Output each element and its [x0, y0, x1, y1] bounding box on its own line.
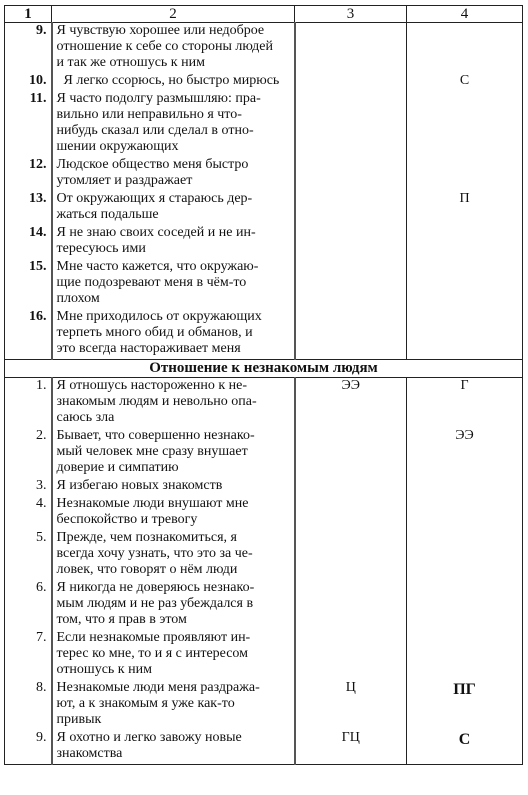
item-number: 16.	[5, 309, 52, 360]
section-title: Отношение к незнакомым людям	[5, 360, 523, 378]
table-row: 12.Людское общество меня быстроутомляет …	[5, 157, 523, 191]
statement-line: Прежде, чем познакомиться, я	[57, 530, 294, 546]
item-number: 5.	[5, 530, 52, 580]
statement-line: Незнакомые люди внушают мне	[57, 496, 294, 512]
statement-line: Я охотно и легко завожу новые	[57, 730, 294, 746]
statement-line: ловек, что говорят о нём люди	[57, 562, 294, 578]
col4-value: С	[407, 73, 523, 91]
table-row: 5.Прежде, чем познакомиться, явсегда хоч…	[5, 530, 523, 580]
part1-rows: 9.Я чувствую хорошее или недоброеотношен…	[5, 23, 523, 360]
col3-value	[295, 428, 407, 478]
col3-value	[295, 630, 407, 680]
section-block: Отношение к незнакомым людям	[5, 360, 523, 378]
col3-value	[295, 73, 407, 91]
statement-line: Я отношусь настороженно к не-	[57, 378, 294, 394]
statement-line: Мне часто кажется, что окружаю-	[57, 259, 294, 275]
col3-value: ГЦ	[295, 730, 407, 765]
statement-line: От окружающих я стараюсь дер-	[57, 191, 294, 207]
statement-line: Я легко ссорюсь, но быстро мирюсь	[57, 73, 294, 89]
header-col-4: 4	[407, 6, 523, 23]
header-col-3: 3	[295, 6, 407, 23]
item-statement: Я избегаю новых знакомств	[52, 478, 295, 496]
statement-line: и так же отношусь к ним	[57, 55, 294, 71]
item-statement: Я отношусь настороженно к не-знакомым лю…	[52, 378, 295, 429]
col3-value: Ц	[295, 680, 407, 730]
col4-value	[407, 91, 523, 157]
col3-value	[295, 309, 407, 360]
table-row: 6.Я никогда не доверяюсь незнако-мым люд…	[5, 580, 523, 630]
statement-line: это всегда настораживает меня	[57, 341, 294, 357]
item-number: 14.	[5, 225, 52, 259]
col4-value	[407, 225, 523, 259]
table-row: 11.Я часто подолгу размышляю: пра-вильно…	[5, 91, 523, 157]
statement-line: отношусь к ним	[57, 662, 294, 678]
statement-line: Я избегаю новых знакомств	[57, 478, 294, 494]
table-row: 9.Я охотно и легко завожу новыезнакомств…	[5, 730, 523, 765]
item-number: 11.	[5, 91, 52, 157]
item-number: 7.	[5, 630, 52, 680]
statement-line: мый человек мне сразу внушает	[57, 444, 294, 460]
part2-rows: 1.Я отношусь настороженно к не-знакомым …	[5, 378, 523, 765]
table-row: 15.Мне часто кажется, что окружаю-щие по…	[5, 259, 523, 309]
item-statement: Людское общество меня быстроутомляет и р…	[52, 157, 295, 191]
table-row: 4.Незнакомые люди внушают мнебеспокойств…	[5, 496, 523, 530]
statement-line: Людское общество меня быстро	[57, 157, 294, 173]
statement-line: доверие и симпатию	[57, 460, 294, 476]
item-statement: Я легко ссорюсь, но быстро мирюсь	[52, 73, 295, 91]
statement-line: терес ко мне, то и я с интересом	[57, 646, 294, 662]
col3-value	[295, 496, 407, 530]
section-header-row: Отношение к незнакомым людям	[5, 360, 523, 378]
statement-line: терпеть много обид и обманов, и	[57, 325, 294, 341]
questionnaire-table: 1 2 3 4 9.Я чувствую хорошее или недобро…	[4, 5, 523, 765]
item-number: 12.	[5, 157, 52, 191]
item-statement: Незнакомые люди внушают мнебеспокойство …	[52, 496, 295, 530]
col4-value	[407, 530, 523, 580]
statement-line: отношение к себе со стороны людей	[57, 39, 294, 55]
col4-value	[407, 309, 523, 360]
col4-value: П	[407, 191, 523, 225]
item-number: 9.	[5, 730, 52, 765]
col4-value	[407, 630, 523, 680]
table-row: 16.Мне приходилось от окружающихтерпеть …	[5, 309, 523, 360]
col4-value	[407, 259, 523, 309]
item-number: 15.	[5, 259, 52, 309]
statement-line: Мне приходилось от окружающих	[57, 309, 294, 325]
col3-value	[295, 478, 407, 496]
header-col-1: 1	[5, 6, 52, 23]
col3-value	[295, 225, 407, 259]
item-statement: Я чувствую хорошее или недоброеотношение…	[52, 23, 295, 74]
item-statement: Мне приходилось от окружающихтерпеть мно…	[52, 309, 295, 360]
statement-line: знакомства	[57, 746, 294, 762]
statement-line: шении окружающих	[57, 139, 294, 155]
col3-value: ЭЭ	[295, 378, 407, 429]
col3-value	[295, 23, 407, 74]
item-number: 8.	[5, 680, 52, 730]
statement-line: саюсь зла	[57, 410, 294, 426]
item-statement: Я часто подолгу размышляю: пра-вильно ил…	[52, 91, 295, 157]
statement-line: Я чувствую хорошее или недоброе	[57, 23, 294, 39]
item-statement: Я охотно и легко завожу новыезнакомства	[52, 730, 295, 765]
statement-line: мым людям и не раз убеждался в	[57, 596, 294, 612]
statement-line: беспокойство и тревогу	[57, 512, 294, 528]
item-number: 1.	[5, 378, 52, 429]
statement-line: вильно или неправильно я что-	[57, 107, 294, 123]
table-row: 1.Я отношусь настороженно к не-знакомым …	[5, 378, 523, 429]
col3-value	[295, 157, 407, 191]
statement-line: утомляет и раздражает	[57, 173, 294, 189]
statement-line: Если незнакомые проявляют ин-	[57, 630, 294, 646]
statement-line: Я часто подолгу размышляю: пра-	[57, 91, 294, 107]
item-statement: Если незнакомые проявляют ин-терес ко мн…	[52, 630, 295, 680]
header-col-2: 2	[52, 6, 295, 23]
item-statement: Незнакомые люди меня раздража-ют, а к зн…	[52, 680, 295, 730]
col4-value	[407, 496, 523, 530]
item-statement: Прежде, чем познакомиться, явсегда хочу …	[52, 530, 295, 580]
statement-line: щие подозревают меня в чём-то	[57, 275, 294, 291]
item-number: 4.	[5, 496, 52, 530]
statement-line: знакомым людям и невольно опа-	[57, 394, 294, 410]
table-row: 13.От окружающих я стараюсь дер-жаться п…	[5, 191, 523, 225]
col4-value	[407, 580, 523, 630]
col4-value: ЭЭ	[407, 428, 523, 478]
statement-line: Бывает, что совершенно незнако-	[57, 428, 294, 444]
col4-value: С	[407, 730, 523, 765]
table-row: 10. Я легко ссорюсь, но быстро мирюсьС	[5, 73, 523, 91]
col3-value	[295, 530, 407, 580]
col4-value	[407, 23, 523, 74]
item-statement: Я не знаю своих соседей и не ин-тересуюс…	[52, 225, 295, 259]
col3-value	[295, 191, 407, 225]
table-row: 14.Я не знаю своих соседей и не ин-терес…	[5, 225, 523, 259]
col3-value	[295, 580, 407, 630]
statement-line: тересуюсь ими	[57, 241, 294, 257]
item-statement: От окружающих я стараюсь дер-жаться пода…	[52, 191, 295, 225]
col4-value: ПГ	[407, 680, 523, 730]
item-number: 10.	[5, 73, 52, 91]
statement-line: ют, а к знакомым я уже как-то	[57, 696, 294, 712]
statement-line: Я не знаю своих соседей и не ин-	[57, 225, 294, 241]
table-row: 7.Если незнакомые проявляют ин-терес ко …	[5, 630, 523, 680]
statement-line: Незнакомые люди меня раздража-	[57, 680, 294, 696]
table-row: 9.Я чувствую хорошее или недоброеотношен…	[5, 23, 523, 74]
item-statement: Мне часто кажется, что окружаю-щие подоз…	[52, 259, 295, 309]
item-number: 2.	[5, 428, 52, 478]
statement-line: нибудь сказал или сделал в отно-	[57, 123, 294, 139]
table-row: 3.Я избегаю новых знакомств	[5, 478, 523, 496]
statement-line: всегда хочу узнать, что это за че-	[57, 546, 294, 562]
item-number: 3.	[5, 478, 52, 496]
item-number: 13.	[5, 191, 52, 225]
column-number-header-row: 1 2 3 4	[5, 6, 523, 23]
col3-value	[295, 91, 407, 157]
statement-line: привык	[57, 712, 294, 728]
statement-line: Я никогда не доверяюсь незнако-	[57, 580, 294, 596]
table-row: 8.Незнакомые люди меня раздража-ют, а к …	[5, 680, 523, 730]
col4-value	[407, 478, 523, 496]
col4-value	[407, 157, 523, 191]
table-row: 2.Бывает, что совершенно незнако-мый чел…	[5, 428, 523, 478]
statement-line: плохом	[57, 291, 294, 307]
col4-value: Г	[407, 378, 523, 429]
item-statement: Бывает, что совершенно незнако-мый челов…	[52, 428, 295, 478]
item-number: 6.	[5, 580, 52, 630]
statement-line: жаться подальше	[57, 207, 294, 223]
statement-line: том, что я прав в этом	[57, 612, 294, 628]
item-statement: Я никогда не доверяюсь незнако-мым людям…	[52, 580, 295, 630]
item-number: 9.	[5, 23, 52, 74]
col3-value	[295, 259, 407, 309]
